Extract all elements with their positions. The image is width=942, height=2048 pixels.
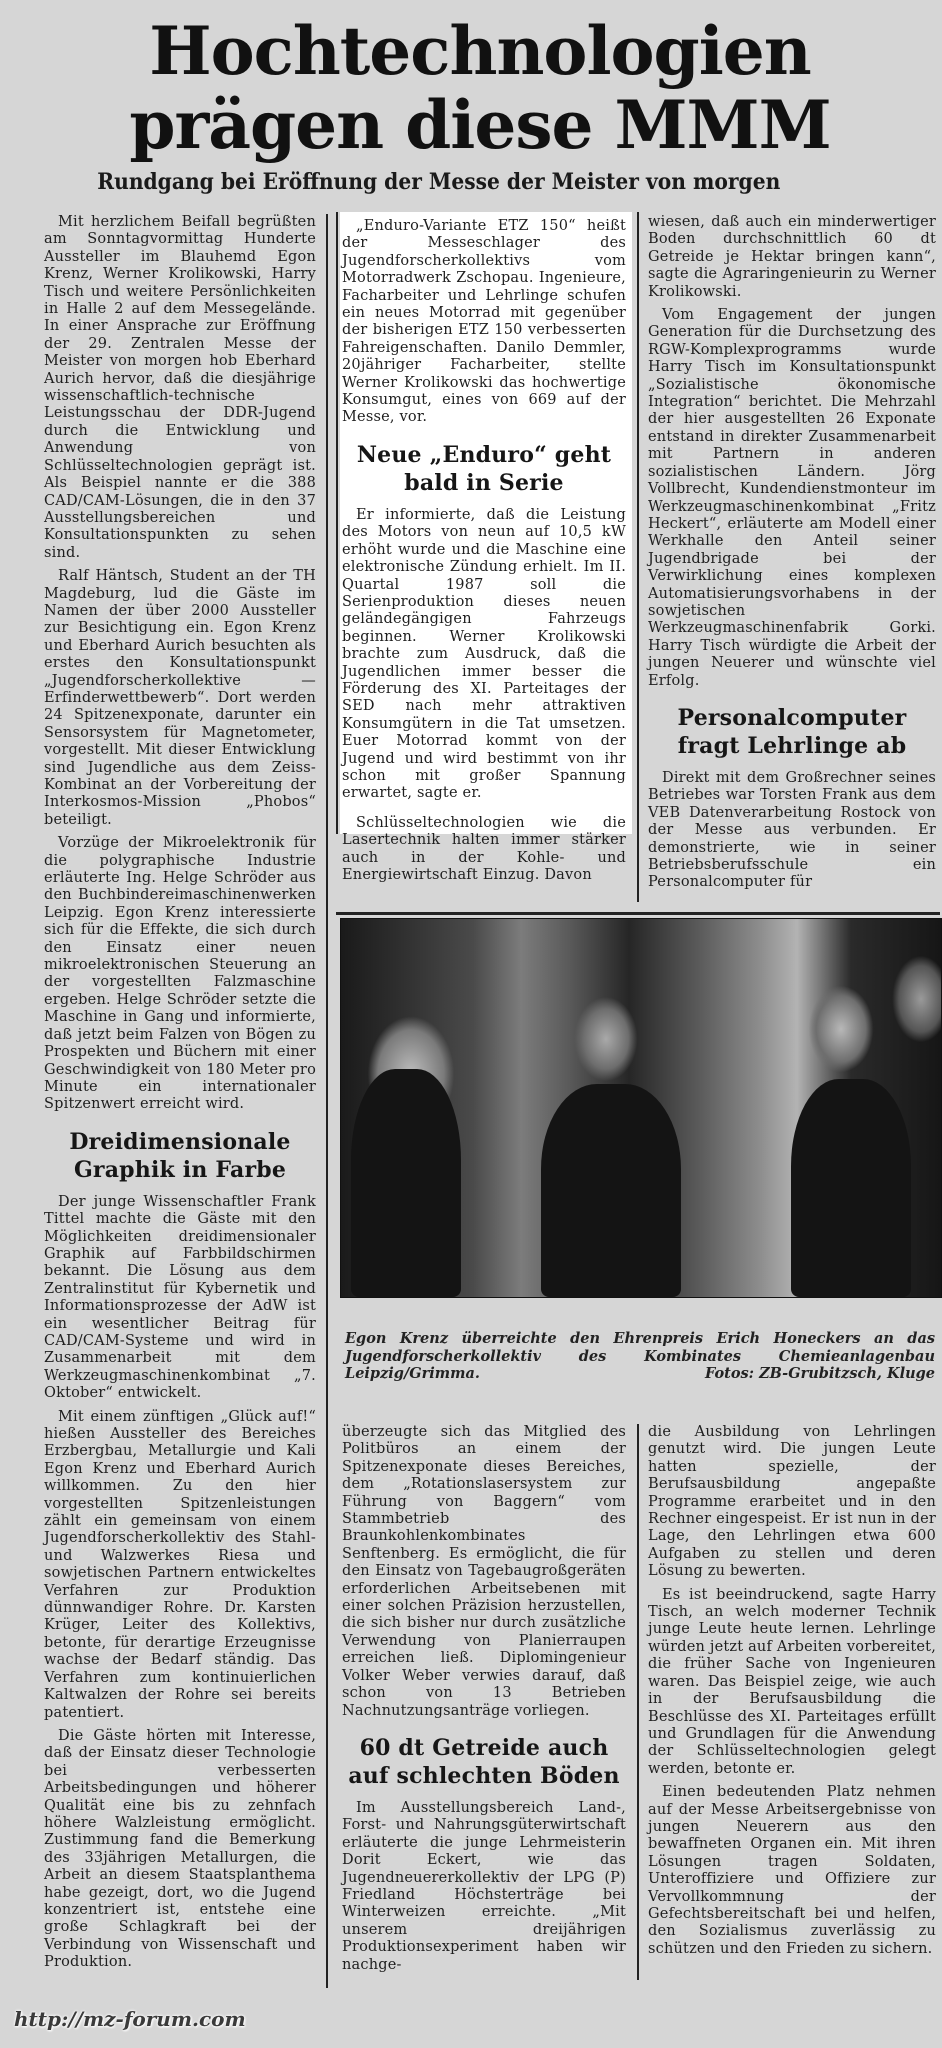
article-headline: Hochtechnologien prägen diese MMM <box>90 14 870 162</box>
person-figure <box>791 1079 911 1297</box>
paragraph: Direkt mit dem Großrechner seines Betrie… <box>648 770 936 892</box>
column-2-upper: „Enduro-Variante ETZ 150“ heißt der Mess… <box>342 218 626 890</box>
person-figure <box>541 1084 681 1297</box>
column-divider <box>637 212 639 902</box>
section-heading-personalcomputer: Personalcomputer fragt Lehrlinge ab <box>648 704 936 760</box>
paragraph: Der junge Wissenschaftler Frank Tittel m… <box>44 1194 316 1403</box>
photo-caption: Egon Krenz überreichte den Ehrenpreis Er… <box>345 1330 935 1383</box>
box-border-left <box>336 212 338 834</box>
paragraph: Mit einem zünftigen „Glück auf!“ hießen … <box>44 1409 316 1722</box>
person-figure <box>351 1069 461 1297</box>
column-2-lower: überzeugte sich das Mitglied des Politbü… <box>342 1424 626 1980</box>
paragraph: Es ist beeindruckend, sagte Harry Tisch,… <box>648 1587 936 1778</box>
paragraph: überzeugte sich das Mitglied des Politbü… <box>342 1424 626 1720</box>
headline-line-2: prägen diese MMM <box>90 88 870 162</box>
paragraph: Schlüsseltechnologien wie die Lasertechn… <box>342 815 626 885</box>
column-divider <box>637 1424 639 1980</box>
column-3-lower: die Ausbildung von Lehrlingen genutzt wi… <box>648 1424 936 1964</box>
section-heading-getreide: 60 dt Getreide auch auf schlechten Böden <box>342 1734 626 1790</box>
paragraph: Er informierte, daß die Leistung des Mot… <box>342 507 626 803</box>
headline-line-1: Hochtechnologien <box>90 14 870 88</box>
paragraph: Mit herzlichem Beifall begrüßten am Sonn… <box>44 214 316 562</box>
column-3-upper: wiesen, daß auch ein minderwertiger Bode… <box>648 214 936 898</box>
award-photo <box>340 918 942 1298</box>
paragraph: Vom Engagement der jungen Generation für… <box>648 307 936 690</box>
paragraph: Die Gäste hörten mit Interesse, daß der … <box>44 1728 316 1972</box>
paragraph: die Ausbildung von Lehrlingen genutzt wi… <box>648 1424 936 1581</box>
column-divider <box>326 214 328 1988</box>
paragraph: Im Ausstellungsbereich Land-, Forst- und… <box>342 1800 626 1974</box>
paragraph: „Enduro-Variante ETZ 150“ heißt der Mess… <box>342 218 626 427</box>
section-heading-enduro: Neue „Enduro“ geht bald in Serie <box>342 441 626 497</box>
section-heading-3d-graphics: Dreidimensionale Graphik in Farbe <box>44 1128 316 1184</box>
article-subheadline: Rundgang bei Eröffnung der Messe der Mei… <box>80 168 798 196</box>
paragraph: Einen bedeutenden Platz nehmen auf der M… <box>648 1784 936 1958</box>
source-watermark-link[interactable]: http://mz-forum.com <box>14 2007 246 2031</box>
paragraph: Ralf Häntsch, Student an der TH Magdebur… <box>44 568 316 829</box>
paragraph: wiesen, daß auch ein minderwertiger Bode… <box>648 214 936 301</box>
column-1: Mit herzlichem Beifall begrüßten am Sonn… <box>44 214 316 1978</box>
photo-top-rule <box>336 912 940 915</box>
paragraph: Vorzüge der Mikroelektronik für die poly… <box>44 835 316 1114</box>
